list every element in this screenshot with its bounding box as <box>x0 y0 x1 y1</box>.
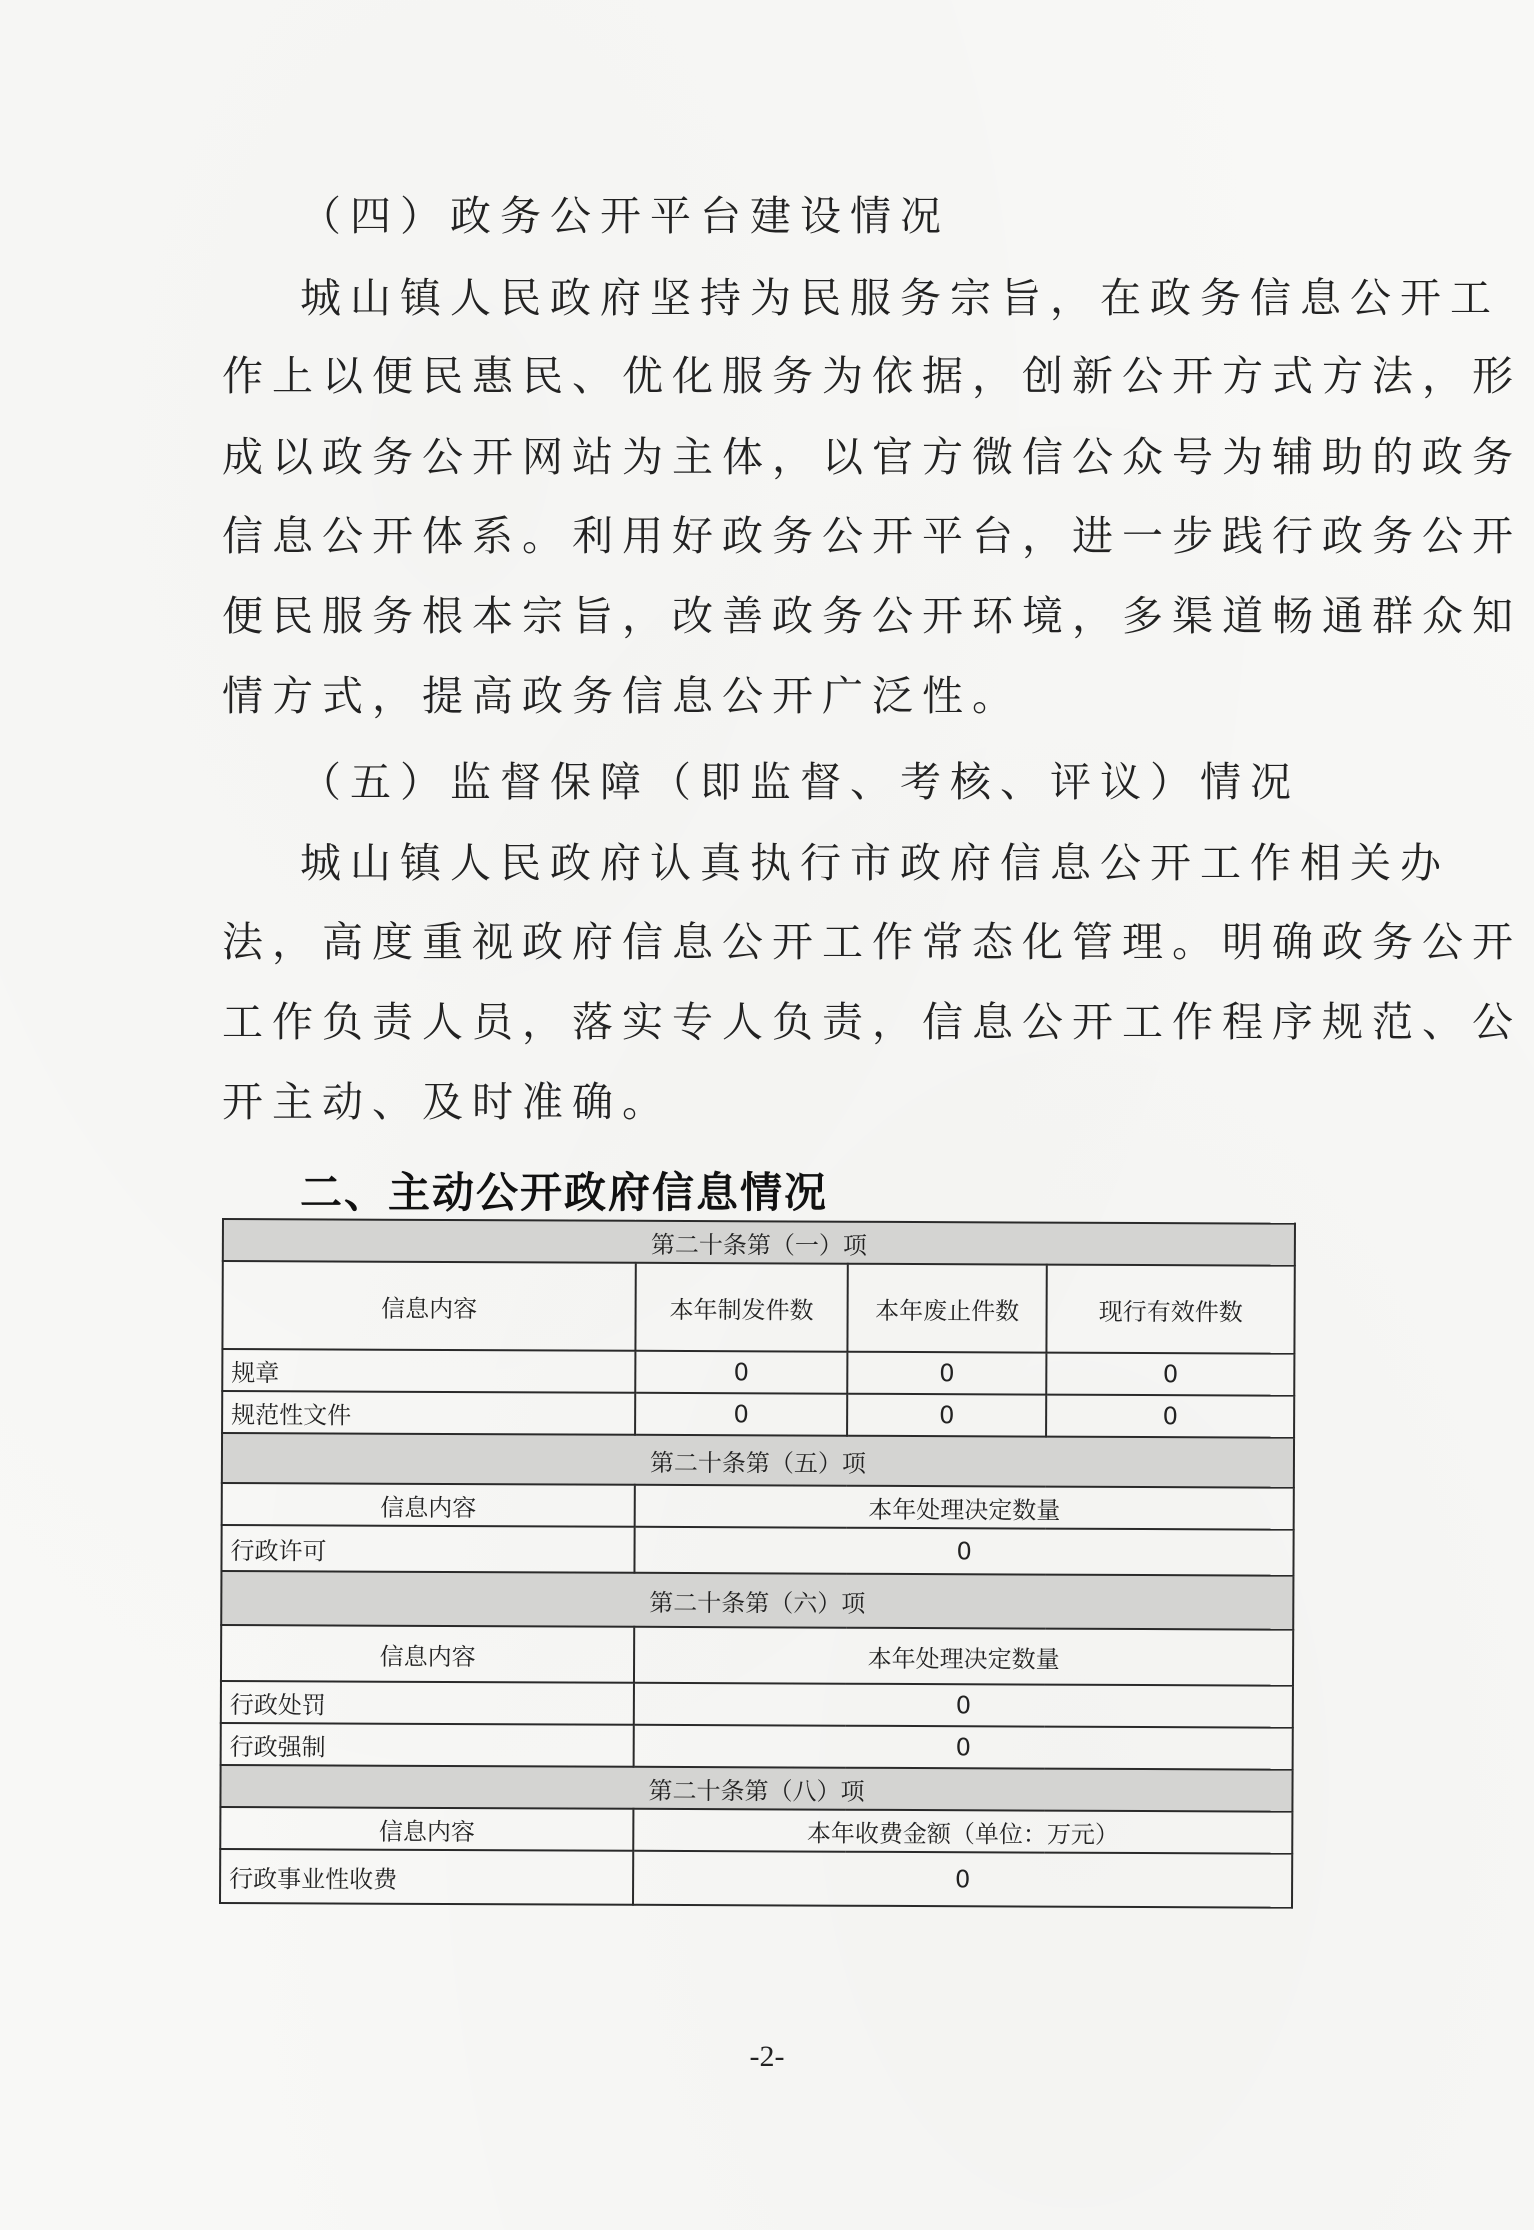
header-info-content: 信息内容 <box>220 1807 633 1851</box>
header-valid-count: 现行有效件数 <box>1047 1265 1295 1354</box>
table-row: 行政许可 0 <box>221 1525 1293 1576</box>
section-5-heading: （五）监督保障（即监督、考核、评议）情况 <box>300 762 1300 803</box>
cell-value: 0 <box>634 1683 1293 1728</box>
header-fee-amount: 本年收费金额（单位：万元） <box>633 1809 1292 1854</box>
table-row: 行政事业性收费 0 <box>220 1849 1292 1908</box>
row-label: 行政处罚 <box>221 1681 634 1725</box>
paragraph-line: 城山镇人民政府坚持为民服务宗旨，在政务信息公开工 <box>300 278 1500 319</box>
cell-value: 0 <box>847 1352 1047 1395</box>
table-row: 规范性文件 0 0 0 <box>222 1391 1294 1438</box>
row-label: 行政许可 <box>221 1525 634 1573</box>
cell-value: 0 <box>1046 1395 1294 1438</box>
row-label: 行政强制 <box>221 1723 634 1767</box>
paragraph-line: 工作负责人员，落实专人负责，信息公开工作程序规范、公 <box>222 1002 1522 1043</box>
header-info-content: 信息内容 <box>222 1261 636 1351</box>
cell-value: 0 <box>847 1394 1047 1437</box>
part-2-heading: 二、主动公开政府信息情况 <box>300 1160 828 1220</box>
section-title-item-8: 第二十条第（八）项 <box>220 1765 1292 1812</box>
header-decision-count: 本年处理决定数量 <box>634 1627 1293 1686</box>
paragraph-line: 法，高度重视政府信息公开工作常态化管理。明确政务公开 <box>222 922 1522 963</box>
section-4-heading: （四）政务公开平台建设情况 <box>300 196 950 237</box>
paragraph-line: 便民服务根本宗旨，改善政务公开环境，多渠道畅通群众知 <box>222 596 1522 637</box>
page-number: -2- <box>0 2040 1534 2074</box>
cell-value: 0 <box>635 1351 847 1394</box>
table-row: 规章 0 0 0 <box>222 1349 1294 1396</box>
cell-value: 0 <box>1047 1353 1295 1396</box>
table-header-row: 信息内容 本年制发件数 本年废止件数 现行有效件数 <box>222 1261 1294 1354</box>
paragraph-line: 作上以便民惠民、优化服务为依据，创新公开方式方法，形 <box>222 356 1522 397</box>
table-row: 行政处罚 0 <box>221 1681 1293 1728</box>
header-info-content: 信息内容 <box>221 1625 634 1683</box>
paragraph-line: 情方式，提高政务信息公开广泛性。 <box>222 676 1022 717</box>
section-title-item-1: 第二十条第（一）项 <box>223 1219 1295 1266</box>
paragraph-line: 信息公开体系。利用好政务公开平台，进一步践行政务公开 <box>222 516 1522 557</box>
table-section-row: 第二十条第（八）项 <box>220 1765 1292 1812</box>
row-label: 规章 <box>222 1349 635 1393</box>
paragraph-line: 城山镇人民政府认真执行市政府信息公开工作相关办 <box>300 843 1450 884</box>
header-decision-count: 本年处理决定数量 <box>635 1485 1294 1530</box>
document-page: （四）政务公开平台建设情况 城山镇人民政府坚持为民服务宗旨，在政务信息公开工 作… <box>0 0 1534 2230</box>
section-title-item-5: 第二十条第（五）项 <box>222 1433 1294 1488</box>
cell-value: 0 <box>633 1851 1292 1908</box>
paragraph-line: 成以政务公开网站为主体，以官方微信公众号为辅助的政务 <box>222 437 1522 478</box>
section-title-item-6: 第二十条第（六）项 <box>221 1571 1293 1630</box>
table-header-row: 信息内容 本年处理决定数量 <box>221 1625 1293 1686</box>
cell-value: 0 <box>635 1527 1294 1576</box>
table-section-row: 第二十条第（五）项 <box>222 1433 1294 1488</box>
cell-value: 0 <box>634 1725 1293 1770</box>
header-issued-count: 本年制发件数 <box>636 1263 848 1352</box>
table-section-row: 第二十条第（六）项 <box>221 1571 1293 1630</box>
header-abolished-count: 本年废止件数 <box>847 1264 1047 1353</box>
paragraph-line: 开主动、及时准确。 <box>222 1082 672 1123</box>
table-header-row: 信息内容 本年处理决定数量 <box>222 1483 1294 1530</box>
row-label: 行政事业性收费 <box>220 1849 633 1905</box>
header-info-content: 信息内容 <box>222 1483 635 1527</box>
table-section-row: 第二十条第（一）项 <box>223 1219 1295 1266</box>
table-header-row: 信息内容 本年收费金额（单位：万元） <box>220 1807 1292 1854</box>
row-label: 规范性文件 <box>222 1391 635 1435</box>
cell-value: 0 <box>635 1393 847 1436</box>
table-row: 行政强制 0 <box>221 1723 1293 1770</box>
disclosure-table: 第二十条第（一）项 信息内容 本年制发件数 本年废止件数 现行有效件数 规章 0… <box>219 1218 1296 1909</box>
